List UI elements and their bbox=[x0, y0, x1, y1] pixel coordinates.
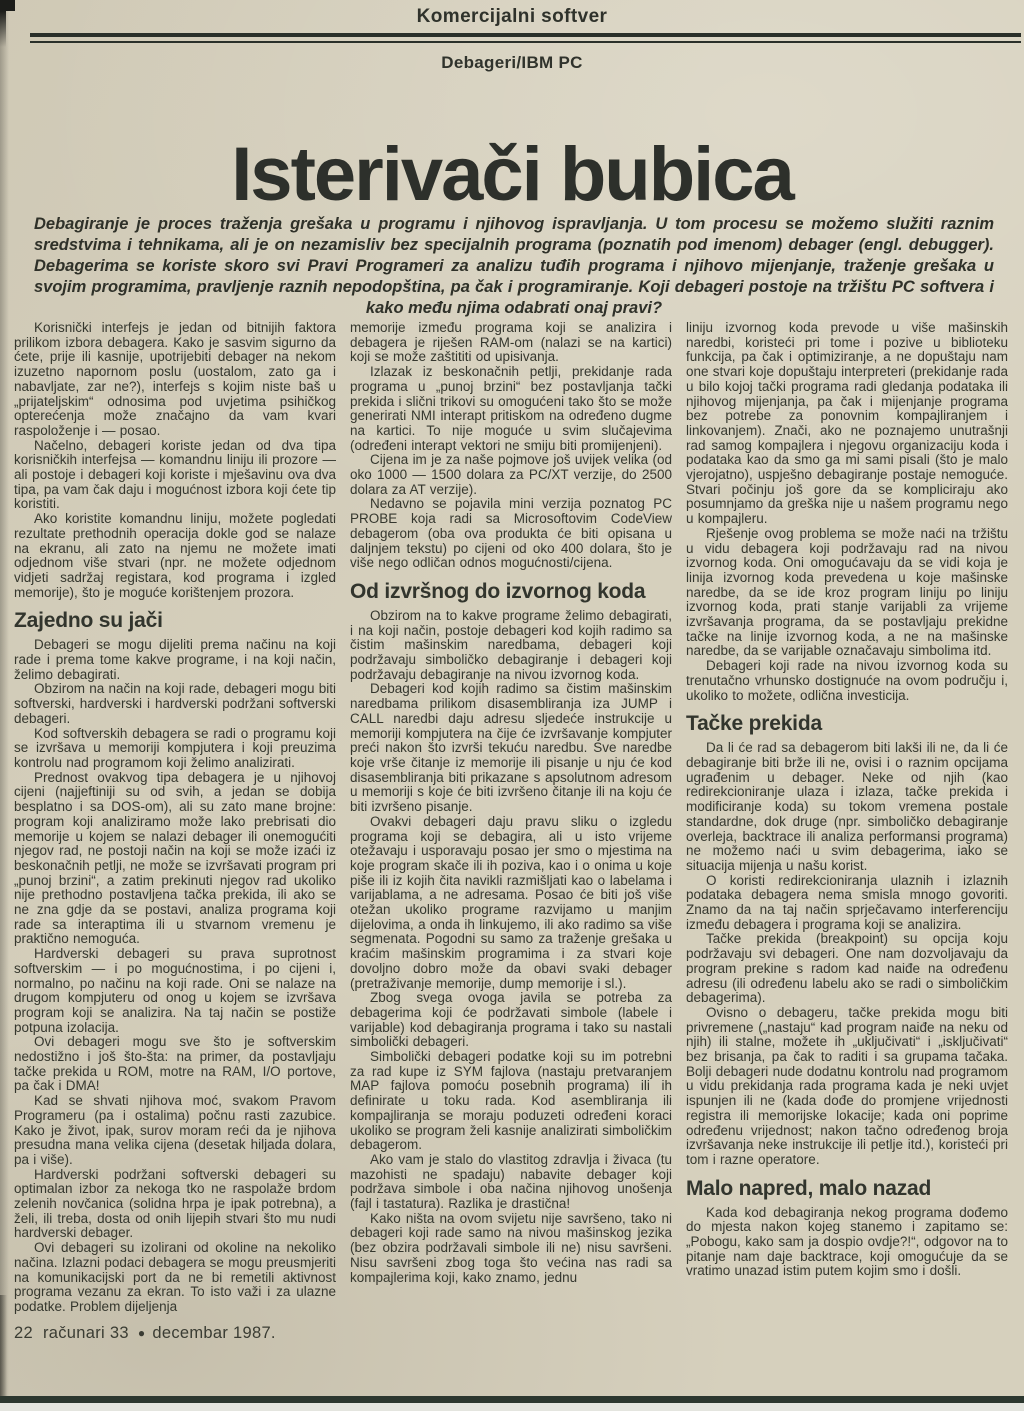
body-paragraph: Prednost ovakvog tipa debagera je u njih… bbox=[14, 771, 336, 947]
body-paragraph: Kako ništa na ovom svijetu nije savršeno… bbox=[350, 1212, 672, 1286]
body-paragraph: Izlazak iz beskonačnih petlji, prekidanj… bbox=[350, 365, 672, 453]
body-paragraph: Hardverski podržani softverski debageri … bbox=[14, 1168, 336, 1242]
body-paragraph: Korisnički interfejs je jedan od bitniji… bbox=[14, 321, 336, 439]
magazine-page: Komercijalni softver Debageri/IBM PC Ist… bbox=[0, 0, 1024, 1411]
body-paragraph: O koristi redirekcioniranja ulaznih i iz… bbox=[686, 874, 1008, 933]
body-paragraph: Hardverski debageri su prava suprotnost … bbox=[14, 947, 336, 1035]
body-paragraph: Nedavno se pojavila mini verzija poznato… bbox=[350, 497, 672, 571]
body-paragraph: Ovi debageri su izolirani od okoline na … bbox=[14, 1241, 336, 1315]
scan-left-edge-shadow bbox=[0, 0, 9, 1403]
section-heading-malo-napred-malo-nazad: Malo napred, malo nazad bbox=[686, 1177, 1008, 1201]
magazine-name: računari 33 bbox=[43, 1324, 129, 1342]
body-paragraph: Načelno, debageri koriste jedan od dva t… bbox=[14, 439, 336, 513]
scan-corner-mark bbox=[0, 0, 15, 11]
body-paragraph: Debageri kod kojih radimo sa čistim maši… bbox=[350, 682, 672, 814]
scan-corner-streak bbox=[0, 11, 6, 47]
body-paragraph: Cijena im je za naše pojmove još uvijek … bbox=[350, 453, 672, 497]
body-paragraph: Debageri se mogu dijeliti prema načinu n… bbox=[14, 638, 336, 682]
kicker: Komercijalni softver bbox=[0, 6, 1024, 28]
body-paragraph: Ovisno o debageru, tačke prekida mogu bi… bbox=[686, 1006, 1008, 1168]
article-title: Isterivači bubica bbox=[0, 131, 1024, 218]
body-paragraph: Obzirom na to kakve programe želimo deba… bbox=[350, 609, 672, 683]
body-paragraph: Kada kod debagiranja nekog programa dođe… bbox=[686, 1206, 1008, 1280]
body-paragraph: memorije između programa koji se analizi… bbox=[350, 321, 672, 365]
column-2: memorije između programa koji se analizi… bbox=[350, 321, 672, 1343]
scan-left-bottom-edge bbox=[0, 1295, 7, 1398]
body-paragraph: Ovi debageri mogu sve što je softverskim… bbox=[14, 1035, 336, 1094]
body-paragraph: Da li će rad sa debagerom biti lakši ili… bbox=[686, 741, 1008, 873]
page-footer: 22računari 33●decembar 1987. bbox=[14, 1324, 336, 1343]
body-paragraph: Debageri koji rade na nivou izvornog kod… bbox=[686, 659, 1008, 703]
body-paragraph: Obzirom na način na koji rade, debageri … bbox=[14, 682, 336, 726]
body-paragraph: Zbog svega ovoga javila se potreba za de… bbox=[350, 991, 672, 1050]
body-paragraph: Tačke prekida (breakpoint) su opcija koj… bbox=[686, 932, 1008, 1006]
bullet-separator-icon: ● bbox=[138, 1326, 146, 1340]
body-paragraph: Simbolički debageri podatke koji su im p… bbox=[350, 1050, 672, 1153]
header-double-rule bbox=[30, 33, 1021, 43]
body-paragraph: Ako koristite komandnu liniju, možete po… bbox=[14, 512, 336, 600]
column-1: Korisnički interfejs je jedan od bitniji… bbox=[14, 321, 336, 1343]
body-paragraph: Ako vam je stalo do vlastitog zdravlja i… bbox=[350, 1153, 672, 1212]
section-heading-zajedno-su-jaci: Zajedno su jači bbox=[14, 609, 336, 633]
page-bottom-edge bbox=[0, 1403, 1024, 1411]
issue-date: decembar 1987. bbox=[152, 1324, 275, 1342]
column-3: liniju izvornog koda prevode u više maši… bbox=[686, 321, 1008, 1343]
section-heading-od-izvrsnog-do-izvornog-koda: Od izvršnog do izvornog koda bbox=[350, 580, 672, 604]
section-heading-tacke-prekida: Tačke prekida bbox=[686, 712, 1008, 736]
rubric: Debageri/IBM PC bbox=[0, 53, 1024, 73]
page-number: 22 bbox=[14, 1324, 33, 1342]
bottom-rule bbox=[0, 1396, 1024, 1403]
article-columns: Korisnički interfejs je jedan od bitniji… bbox=[14, 321, 1010, 1343]
body-paragraph: Kod softverskih debagera se radi o progr… bbox=[14, 727, 336, 771]
body-paragraph: Kad se shvati njihova moć, svakom Pravom… bbox=[14, 1094, 336, 1168]
body-paragraph: Rješenje ovog problema se može naći na t… bbox=[686, 527, 1008, 659]
body-paragraph: liniju izvornog koda prevode u više maši… bbox=[686, 321, 1008, 527]
article-lead: Debagiranje je proces traženja grešaka u… bbox=[34, 214, 994, 319]
body-paragraph: Ovakvi debageri daju pravu sliku o izgle… bbox=[350, 815, 672, 991]
